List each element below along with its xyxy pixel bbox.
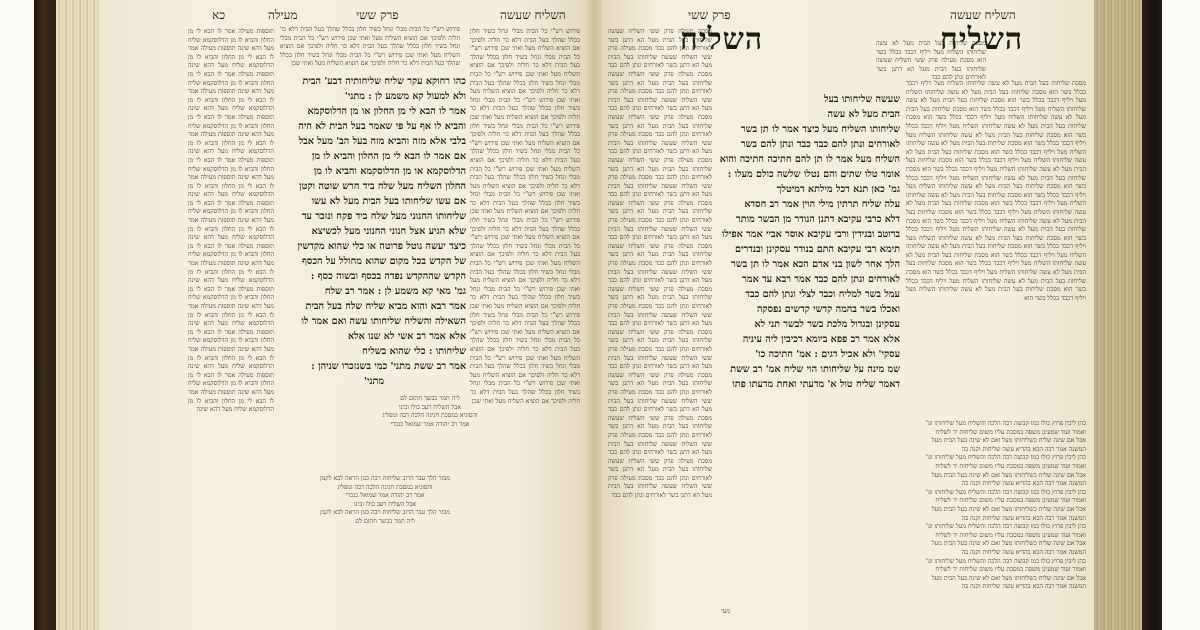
text-line: ולא למעול קא משמע לן : מתני' xyxy=(282,89,466,104)
page-stack-left xyxy=(56,0,100,630)
text-line: אלא אמר רב אשי לא שנו אלא xyxy=(282,329,466,344)
text-line: אבל השליח רעב כולו ובינו xyxy=(190,501,580,510)
commentary-inner-right: מסכת מעילה פרק ששי השליח שעשה שליחותו בע… xyxy=(608,28,712,568)
text-line: אמר רב ששת מתני' כמי בשנזכרו שניהן : xyxy=(282,359,466,374)
text-line: עלה שליח תרתין מילי הוין אמר רב חסדא xyxy=(716,197,900,212)
text-line: מבזר הלך עבר הרוב שליחות רבה כגון הראה ל… xyxy=(190,509,580,518)
text-line: אבל אם שינה שליח כשליחותו מעל ואם לא שינ… xyxy=(716,472,1086,481)
text-line: ברוטב ובגידין ורבי עקיבא אוסר אביי אמר א… xyxy=(716,227,900,242)
text-line: דאמר שליח טול א' מדעתי ואחת מדעתו פתו xyxy=(716,377,900,392)
book-cover-right-edge xyxy=(1142,0,1162,630)
text-line: החלון השליח מעל שלח ביד חרש שוטה וקטן xyxy=(282,179,466,194)
text-line: אם אמר לו הבא לי מן החלון והביא לו מן xyxy=(282,149,466,164)
text-line: גמ' כאן תנא דכל מילתא דמיטלך xyxy=(716,182,900,197)
text-line: שליחותו השליח מעל כיצד אמר לו תן בשר xyxy=(716,122,900,137)
text-line: הלך אחר לשון בני אדם הכא אמר לו תן בשר xyxy=(716,257,900,272)
text-line: השאילה והשליח שליחותו עשה ואם אמר לו xyxy=(282,314,466,329)
text-line: אלא אמר רב פפא ביומא דכיבין ליה עיניה xyxy=(716,332,900,347)
text-line: שמ מינה על שליחותו הוי שליח אמ' רב ששת xyxy=(716,362,900,377)
text-line: כהן ליבין פרוץ כולו כמו קבוצה רבה הלכה ו… xyxy=(716,558,1086,567)
text-line: ליה תמר כבשר חתום לם xyxy=(340,395,520,404)
text-line: לאורחים ונתן להם כבד כבד ונתן להם בשר xyxy=(716,137,900,152)
text-line: ליה תמר כבשר חתום לם xyxy=(190,518,580,527)
text-line: מבזר הלך עבר הרוב שליחות רבה כגון הראה ל… xyxy=(190,475,580,484)
text-line: אמר רב יהודה אמר שמואל כנכרי xyxy=(190,492,580,501)
text-line: ואמור ועוד שמעינן משפה במסכת עליו משום ש… xyxy=(716,566,1086,575)
chapter-header-left: פרק ששי xyxy=(356,8,399,23)
text-line: הקדש שההקדש נפדה בכסף ובשוה כסף : xyxy=(282,269,466,284)
page-stack-right xyxy=(1094,0,1142,630)
text-line: הדלוסקמא או מן הדלוסקמא והביא לו מן xyxy=(282,164,466,179)
text-line: המשנה אמר רבה הכא בהדיא עשה שליחות וקנה … xyxy=(716,549,1086,558)
text-line: והביא לו אף על פי שאמר בעל הבית לא היה xyxy=(282,119,466,134)
text-line: גמ' מאי קא משמע לן : אמר רב שלח xyxy=(282,284,466,299)
text-line: והסוגיא במסכת חגיגה הלכה רבה ומפליג xyxy=(340,412,520,421)
text-line: אבל אם שינה שליח כשליחותו מעל ואם לא שינ… xyxy=(716,437,1086,446)
text-line: שלא הגיע אצל חנוני החנוני מעל לכשיצא xyxy=(282,224,466,239)
commentary-text: מסכת שליחות בעל הבית מעל לא עשה שליחותו … xyxy=(906,286,1086,302)
text-line: המשנה אמר רבה הכא בהדיא עשה שליחות וקנה … xyxy=(716,515,1086,524)
text-line: אמר רב יהודה אמר שמואל כנכרי xyxy=(340,421,520,430)
text-line: בלבי אלא מזה והביא מזה בעל הב' מעל אבל xyxy=(282,134,466,149)
text-line: עסקי' ולא אכיל דגים : אמ' חתיכה כו' xyxy=(716,347,900,362)
text-line: אבל אם שינה שליח כשליחותו מעל ואם לא שינ… xyxy=(716,540,1086,549)
running-title-left: השליח שעשה xyxy=(500,8,566,23)
text-line: המשנה אמר רבה הכא בהדיא עשה שליחות וקנה … xyxy=(716,480,1086,489)
text-line: ואמור ועוד שמעינן משפה במסכת עליו משום ש… xyxy=(716,463,1086,472)
commentary-top-left: פירוש רש"י כל הבית מבלי ונחל בשיד חלון ב… xyxy=(280,26,460,74)
text-line: עמל בשר למליח וכבד לצלי ונתן להם כבד xyxy=(716,287,900,302)
commentary-bottom-left: מבזר הלך עבר הרוב שליחות רבה כגון הראה ל… xyxy=(190,475,580,555)
text-line: כהן ליבין פרוץ כולו כמו קבוצה רבה הלכה ו… xyxy=(716,454,1086,463)
text-line: ואמור ועוד שמעינן משפה במסכת עליו משום ש… xyxy=(716,497,1086,506)
text-line: מתני' xyxy=(282,374,466,384)
commentary-top-right: מסכת שליחות בעל הבית מעל לא עשה שליחותו … xyxy=(876,40,986,80)
main-text-left: כהו רחוקא עקר שליח שליחותיה דבע' הבית ול… xyxy=(282,74,466,384)
text-line: אבל אם שינה שליח כשליחותו מעל ואם לא שינ… xyxy=(716,575,1086,584)
tractate-name: מעילה xyxy=(268,8,298,23)
text-line: אבל השליח רעב כולו ובינו xyxy=(340,404,520,413)
text-line: כהו רחוקא עקר שליח שליחותיה דבע' הבית xyxy=(282,74,466,89)
text-line: שעשה שליחותו בעל xyxy=(800,92,900,107)
chapter-header-right: פרק ששי xyxy=(688,8,731,23)
text-line: ואמור ועוד שמעינן משפה במסכת עליו משום ש… xyxy=(716,532,1086,541)
text-line: אם עשו שליחותו בעל הבית מעל לא עשו xyxy=(282,194,466,209)
commentary-text: מסכת מעילה פרק ששי השליח שעשה שליחותו בע… xyxy=(876,57,986,80)
text-line: כיצד יעשה נוטל פרוטה או כלי שהוא מקדשין xyxy=(282,239,466,254)
text-line: כהן ליבין פרוץ כולו כמו קבוצה רבה הלכה ו… xyxy=(716,489,1086,498)
main-text-right: שעשה שליחותו בעל הבית מעל לא עשה שליחותו… xyxy=(716,92,900,412)
text-line: אבל אם שינה שליח כשליחותו מעל ואם לא שינ… xyxy=(716,506,1086,515)
text-line: והסוגיא במסכת חגיגה הלכה רבה ומפליג xyxy=(190,484,580,493)
text-line: המשנה אמר רבה הכא בהדיא עשה שליחות וקנה … xyxy=(716,446,1086,455)
text-line: המשנה אמר רבה הכא בהדיא עשה שליחות וקנה … xyxy=(716,583,1086,592)
running-title-right: השליח שעשה xyxy=(950,8,1016,23)
commentary-taper-left: ליה תמר כבשר חתום לם אבל השליח רעב כולו … xyxy=(340,395,520,475)
text-line: שליחותו : כלי שהוא בשליח xyxy=(282,344,466,359)
text-line: של הקדש בכל מקום שהוא מחולל על הכסף xyxy=(282,254,466,269)
text-line: עסקינן ובגדול מלכת בשר לבשר תני לא xyxy=(716,317,900,332)
page-signature: מעי xyxy=(700,608,730,617)
text-line: לאורחים ונתן להם כבד אמר רבא עד אמר xyxy=(716,272,900,287)
commentary-outer-left: תוספות מעילה אמר לו הבא לי מן החלון והבי… xyxy=(188,28,274,468)
commentary-inner-left: פירוש רש"י כל הבית מבלי ונחל בשיד חלון ב… xyxy=(470,28,580,448)
text-line: הבית מעל לא עשה xyxy=(800,107,900,122)
text-line: כהן ליבין פרוץ כולו כמו קבוצה רבה הלכה ו… xyxy=(716,420,1086,429)
book-gutter xyxy=(586,0,602,630)
text-line: אמר רבא והוא מביא שליח שלח בעל הבית xyxy=(282,299,466,314)
text-line: ואכלו בשר בהמה קדשי קדשים נפסקה xyxy=(716,302,900,317)
book-cover-left-edge xyxy=(34,0,56,630)
text-line: השליח מעל אמר לו תן להם חתיכה חתיכה והוא xyxy=(716,152,900,167)
text-line: אמר לו הבא לי מן החלון או מן הדלוסקמא xyxy=(282,104,466,119)
text-line: כהן ליבין פרוץ כולו כמו קבוצה רבה הלכה ו… xyxy=(716,523,1086,532)
text-line: ואמור ועוד שמעינן משפה במסכת עליו משום ש… xyxy=(716,429,1086,438)
text-line: תימא רבי עקיבא התם בנודר עסקינן ובנדרים xyxy=(716,242,900,257)
text-line: שליחותו החנוני מעל שלח ביד פקח ונזכר עד xyxy=(282,209,466,224)
text-line: אומר טלו שתים והם נטלו שלשה כולם מעלו : xyxy=(716,167,900,182)
folio-number: כא xyxy=(212,8,225,23)
commentary-bottom-right: כהן ליבין פרוץ כולו כמו קבוצה רבה הלכה ו… xyxy=(716,420,1086,600)
text-line: דלא כרבי עקיבא דתנן הנודר מן הבשר מותר xyxy=(716,212,900,227)
